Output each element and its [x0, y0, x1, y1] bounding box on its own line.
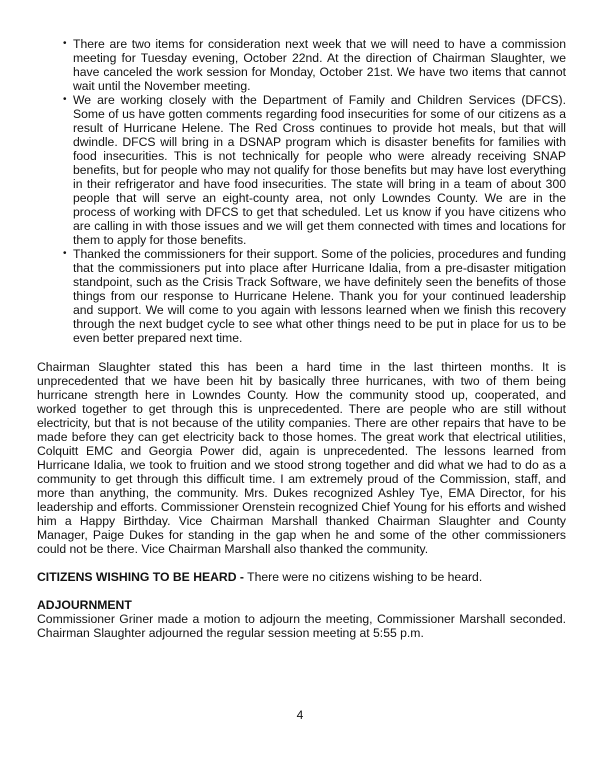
adjournment-text: Commissioner Griner made a motion to adj…: [37, 612, 566, 640]
bullet-text: We are working closely with the Departme…: [73, 93, 566, 247]
bullet-icon: •: [63, 93, 67, 107]
bullet-text: There are two items for consideration ne…: [73, 37, 566, 93]
bullet-item-commission-meeting: • There are two items for consideration …: [63, 37, 566, 93]
adjournment-heading: ADJOURNMENT: [37, 598, 566, 612]
citizens-heading: CITIZENS WISHING TO BE HEARD -: [37, 570, 244, 584]
bullet-text: Thanked the commissioners for their supp…: [73, 247, 566, 345]
spacer: [37, 345, 566, 360]
spacer: [37, 584, 566, 598]
bullet-item-dfcs: • We are working closely with the Depart…: [63, 93, 566, 247]
bullet-icon: •: [63, 37, 67, 51]
bullet-icon: •: [63, 247, 67, 261]
bullet-item-thanks: • Thanked the commissioners for their su…: [63, 247, 566, 345]
citizens-text: There were no citizens wishing to be hea…: [244, 570, 482, 584]
chairman-statement-paragraph: Chairman Slaughter stated this has been …: [37, 360, 566, 556]
page-number: 4: [0, 708, 600, 722]
citizens-section: CITIZENS WISHING TO BE HEARD - There wer…: [37, 570, 566, 584]
spacer: [37, 556, 566, 570]
report-bullet-list: • There are two items for consideration …: [63, 37, 566, 345]
document-page: • There are two items for consideration …: [37, 37, 566, 640]
